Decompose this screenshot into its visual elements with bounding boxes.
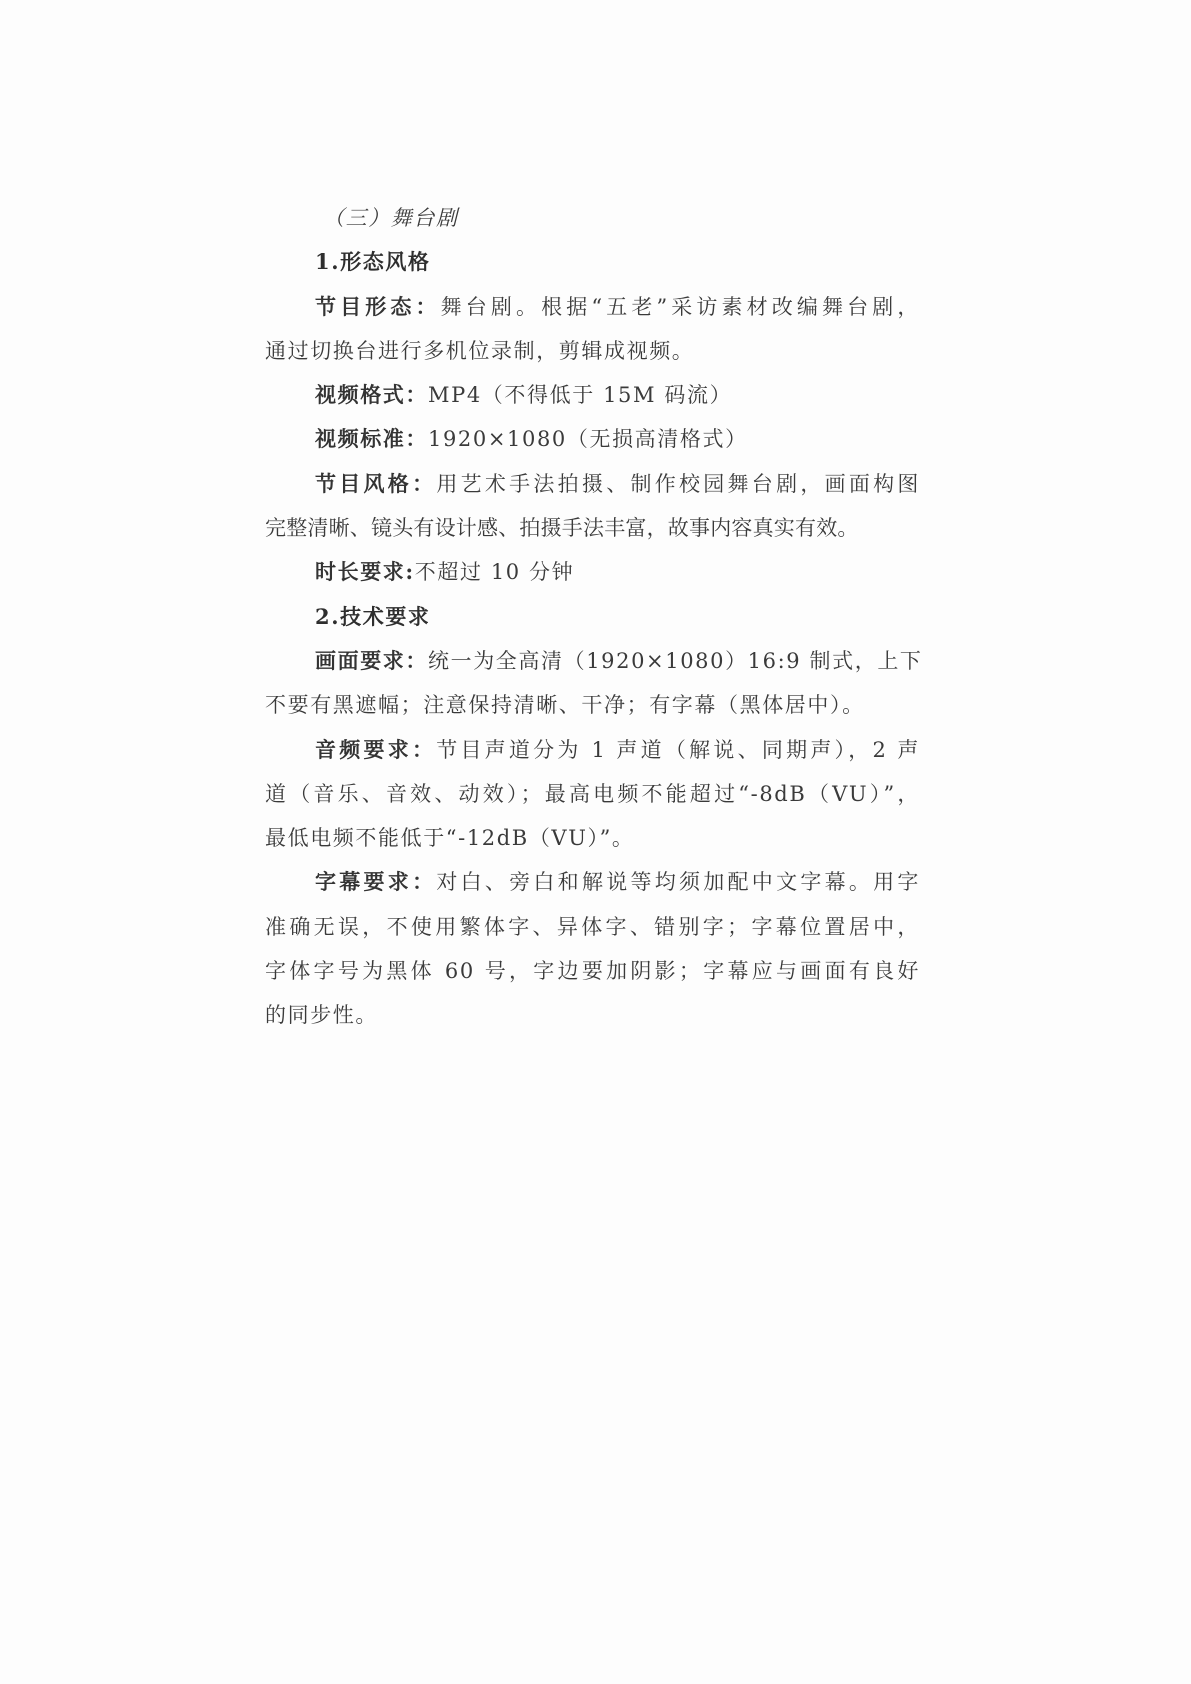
para-subtitle-req-cont-1: 准确无误，不使用繁体字、异体字、错别字；字幕位置居中，: [265, 905, 920, 949]
text-subtitle-req-1: 对白、旁白和解说等均须加配中文字幕。用字: [436, 870, 920, 894]
para-audio-req: 音频要求：节目声道分为 1 声道（解说、同期声），2 声: [265, 728, 920, 772]
text-video-standard: 1920×1080（无损高清格式）: [428, 427, 748, 451]
text-video-format: MP4（不得低于 15M 码流）: [428, 383, 732, 407]
document-page: （三）舞台剧 1.形态风格 节目形态：舞台剧。根据“五老”采访素材改编舞台剧， …: [265, 196, 920, 1038]
para-program-style-cont: 完整清晰、镜头有设计感、拍摄手法丰富，故事内容真实有效。: [265, 506, 920, 550]
para-program-form-cont: 通过切换台进行多机位录制，剪辑成视频。: [265, 329, 920, 373]
para-subtitle-req-cont-2: 字体字号为黑体 60 号，字边要加阴影；字幕应与画面有良好: [265, 949, 920, 993]
text-program-style-1: 用艺术手法拍摄、制作校园舞台剧，画面构图: [436, 472, 920, 496]
section-title: （三）舞台剧: [265, 196, 920, 240]
para-audio-req-cont-2: 最低电频不能低于“-12dB（VU）”。: [265, 816, 920, 860]
text-picture-req-1: 统一为全高清（1920×1080）16:9 制式，上下: [428, 649, 923, 673]
para-picture-req: 画面要求：统一为全高清（1920×1080）16:9 制式，上下: [265, 639, 920, 683]
label-duration: 时长要求:: [315, 559, 415, 584]
heading-form-style: 1.形态风格: [265, 240, 920, 284]
label-program-form: 节目形态：: [315, 294, 441, 319]
text-audio-req-1: 节目声道分为 1 声道（解说、同期声），2 声: [436, 738, 920, 762]
label-subtitle-req: 字幕要求：: [315, 869, 436, 894]
label-audio-req: 音频要求：: [315, 737, 436, 762]
para-video-standard: 视频标准：1920×1080（无损高清格式）: [265, 417, 920, 461]
label-program-style: 节目风格：: [315, 471, 436, 496]
text-audio-req-2: 道（音乐、音效、动效）；最高电频不能超过“-8dB（VU）”，: [265, 782, 920, 806]
text-audio-req-3: 最低电频不能低于“-12dB（VU）”。: [265, 826, 635, 850]
text-picture-req-2: 不要有黑遮幅；注意保持清晰、干净；有字幕（黑体居中）。: [265, 693, 865, 717]
para-program-style: 节目风格：用艺术手法拍摄、制作校园舞台剧，画面构图: [265, 462, 920, 506]
text-program-form-2: 通过切换台进行多机位录制，剪辑成视频。: [265, 339, 694, 363]
heading-technical: 2.技术要求: [265, 595, 920, 639]
para-program-form: 节目形态：舞台剧。根据“五老”采访素材改编舞台剧，: [265, 285, 920, 329]
para-picture-req-cont: 不要有黑遮幅；注意保持清晰、干净；有字幕（黑体居中）。: [265, 683, 920, 727]
label-video-format: 视频格式：: [315, 382, 428, 407]
text-subtitle-req-4: 的同步性。: [265, 1003, 378, 1027]
para-audio-req-cont-1: 道（音乐、音效、动效）；最高电频不能超过“-8dB（VU）”，: [265, 772, 920, 816]
text-duration: 不超过 10 分钟: [415, 560, 574, 584]
text-subtitle-req-2: 准确无误，不使用繁体字、异体字、错别字；字幕位置居中，: [265, 915, 920, 939]
text-subtitle-req-3: 字体字号为黑体 60 号，字边要加阴影；字幕应与画面有良好: [265, 959, 920, 983]
para-subtitle-req: 字幕要求：对白、旁白和解说等均须加配中文字幕。用字: [265, 860, 920, 904]
para-video-format: 视频格式：MP4（不得低于 15M 码流）: [265, 373, 920, 417]
label-video-standard: 视频标准：: [315, 426, 428, 451]
para-duration: 时长要求:不超过 10 分钟: [265, 550, 920, 594]
text-program-style-2: 完整清晰、镜头有设计感、拍摄手法丰富，故事内容真实有效。: [265, 516, 859, 540]
para-subtitle-req-cont-3: 的同步性。: [265, 993, 920, 1037]
text-program-form-1: 舞台剧。根据“五老”采访素材改编舞台剧，: [441, 295, 920, 319]
label-picture-req: 画面要求：: [315, 648, 428, 673]
